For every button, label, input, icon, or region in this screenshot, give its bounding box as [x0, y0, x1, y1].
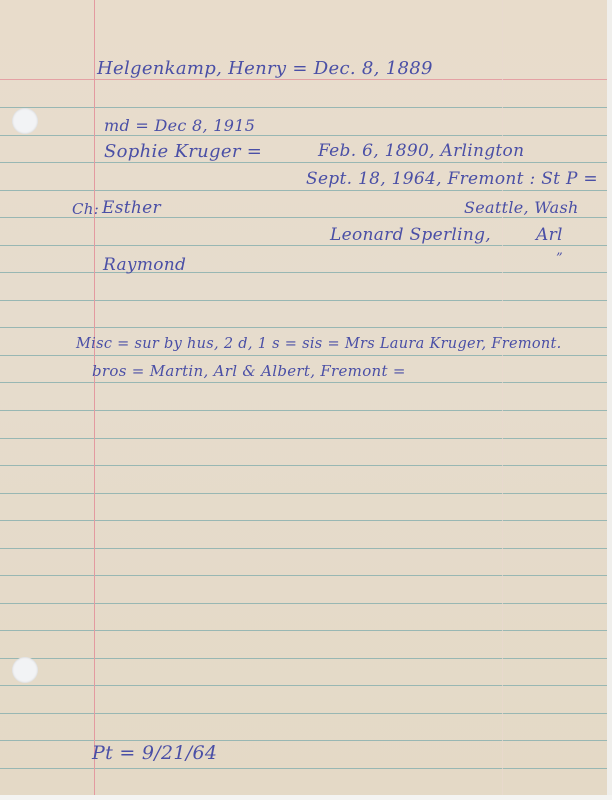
scan-edge-right: [607, 0, 612, 800]
child-esther: Esther: [102, 198, 161, 218]
rule: [0, 685, 607, 686]
spouse-birth: Feb. 6, 1890, Arlington: [318, 141, 524, 161]
rule: [0, 658, 607, 659]
child-esther-location: Seattle, Wash: [464, 198, 579, 217]
rule: [0, 713, 607, 714]
rule: [0, 190, 607, 191]
rule: [0, 300, 607, 301]
rule: [0, 245, 607, 246]
children-label: Ch:: [72, 200, 99, 218]
child-esther-spouse: Leonard Sperling,: [330, 225, 491, 245]
rule: [0, 438, 607, 439]
rule: [0, 272, 607, 273]
left-margin-line: [94, 0, 95, 795]
rule: [0, 382, 607, 383]
rule: [0, 465, 607, 466]
rule: [0, 107, 607, 108]
child-raymond-location: ”: [556, 251, 563, 266]
child-raymond: Raymond: [103, 255, 186, 275]
rule: [0, 355, 607, 356]
punch-hole-bottom: [12, 657, 38, 683]
brothers-line: bros = Martin, Arl & Albert, Fremont =: [92, 362, 406, 380]
rule: [0, 548, 607, 549]
top-red-rule: [0, 79, 607, 80]
rule: [0, 575, 607, 576]
married-line: md = Dec 8, 1915: [104, 116, 255, 135]
rule: [0, 740, 607, 741]
rule: [0, 410, 607, 411]
spouse-death: Sept. 18, 1964, Fremont : St P =: [306, 169, 598, 189]
name-birth-line: Helgenkamp, Henry = Dec. 8, 1889: [97, 58, 433, 79]
rule: [0, 162, 607, 163]
notebook-page: Helgenkamp, Henry = Dec. 8, 1889 md = De…: [0, 0, 607, 795]
rule: [0, 768, 607, 769]
scan-edge-bottom: [0, 795, 612, 800]
right-margin-line: [502, 0, 503, 795]
footer-date: Pt = 9/21/64: [92, 742, 217, 764]
rule: [0, 327, 607, 328]
child-esther-spouse-location: Arl: [536, 225, 563, 245]
rule: [0, 630, 607, 631]
spouse-name: Sophie Kruger =: [104, 141, 262, 162]
rule: [0, 493, 607, 494]
rule: [0, 135, 607, 136]
rule: [0, 520, 607, 521]
rule: [0, 603, 607, 604]
punch-hole-top: [12, 108, 38, 134]
survivors-line: Misc = sur by hus, 2 d, 1 s = sis = Mrs …: [76, 336, 562, 352]
